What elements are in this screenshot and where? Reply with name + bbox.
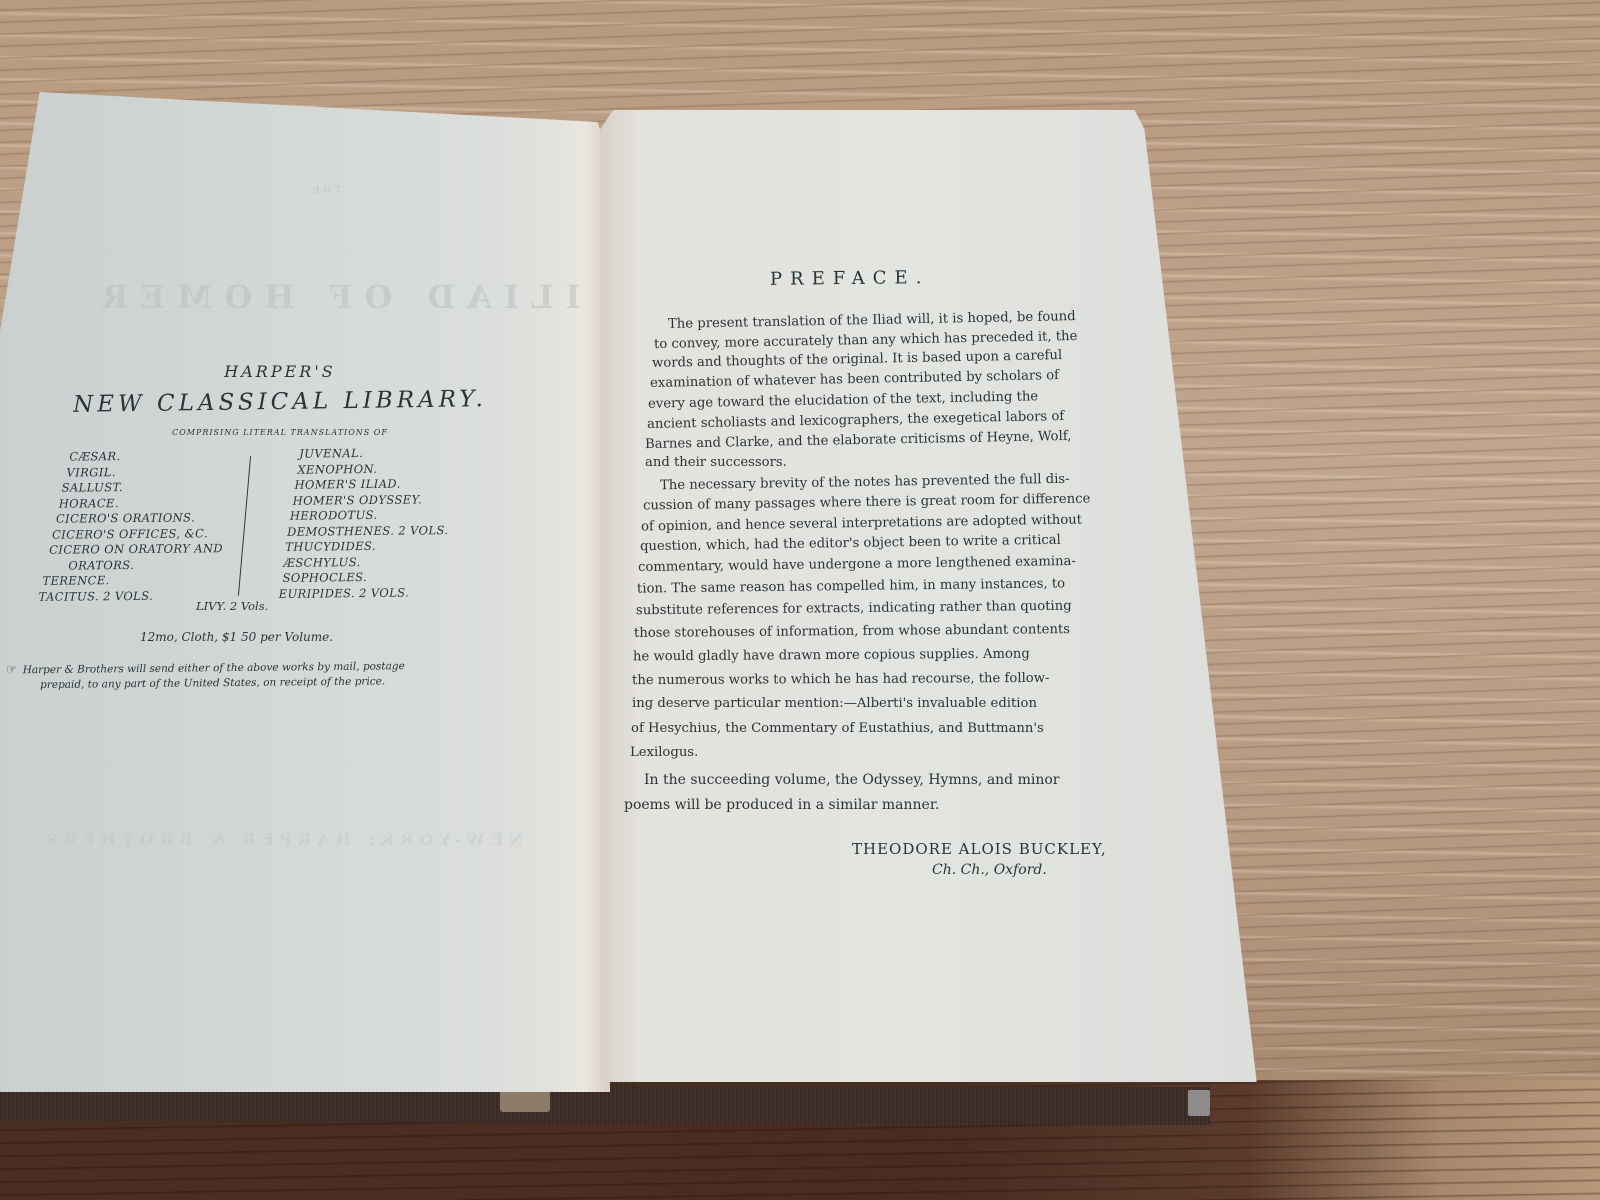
headband-left xyxy=(500,1090,550,1112)
author-entry: XENOPHON. xyxy=(281,461,447,478)
comprising-subheading: COMPRISING LITERAL TRANSLATIONS OF xyxy=(0,428,560,437)
preface-line: of Hesychius, the Commentary of Eustathi… xyxy=(631,721,1044,736)
author-entry: SALLUST. xyxy=(38,479,223,496)
author-entry: SOPHOCLES. xyxy=(282,569,448,586)
author-entry: CICERO'S ORATIONS. xyxy=(38,510,223,527)
preface-title: PREFACE. xyxy=(770,267,930,290)
author-entry: CICERO'S OFFICES, &c. xyxy=(38,526,223,543)
preface-line: the numerous works to which he has had r… xyxy=(632,671,1050,688)
author-signature: THEODORE ALOIS BUCKLEY, xyxy=(852,840,1107,858)
authors-left-column: CÆSAR. VIRGIL. SALLUST. HORACE. CICERO'S… xyxy=(37,448,223,605)
preface-line: poems will be produced in a similar mann… xyxy=(624,797,939,813)
right-page xyxy=(600,110,1260,1082)
preface-line: he would gladly have drawn more copious … xyxy=(633,647,1030,665)
author-entry: TERENCE. xyxy=(38,572,223,589)
pointing-hand-icon: ☞ xyxy=(6,662,17,676)
author-entry: ORATORS. xyxy=(38,557,223,574)
bleed-through-title: ILIAD OF HOMER xyxy=(90,278,580,316)
author-entry: CICERO ON ORATORY AND xyxy=(38,541,223,558)
harpers-heading: HARPER'S xyxy=(0,362,560,381)
author-entry: CÆSAR. xyxy=(37,448,222,465)
author-entry: HORACE. xyxy=(38,495,223,512)
authors-right-column: JUVENAL. XENOPHON. HOMER'S ILIAD. HOMER'… xyxy=(281,445,449,602)
author-affiliation: Ch. Ch., Oxford. xyxy=(932,862,1047,878)
bleed-through-the: THE xyxy=(310,186,341,196)
author-entry: DEMOSTHENES. 2 Vols. xyxy=(282,523,448,540)
author-entry: VIRGIL. xyxy=(37,464,222,481)
author-entry: HOMER'S ODYSSEY. xyxy=(282,492,448,509)
preface-line: ing deserve particular mention:—Alberti'… xyxy=(632,696,1037,711)
author-entry: ÆSCHYLUS. xyxy=(282,554,448,571)
author-entry: THUCYDIDES. xyxy=(282,538,448,555)
author-entry: HERODOTUS. xyxy=(282,507,448,524)
mail-order-note: ☞Harper & Brothers will send either of t… xyxy=(6,658,466,694)
author-entry: JUVENAL. xyxy=(281,445,447,462)
headband-right xyxy=(1188,1090,1210,1116)
livy-entry: LIVY. 2 Vols. xyxy=(196,599,268,613)
price-line: 12mo, Cloth, $1 50 per Volume. xyxy=(140,630,333,644)
author-entry: HOMER'S ILIAD. xyxy=(282,476,448,493)
preface-line: and their successors. xyxy=(645,455,787,470)
preface-line: Lexilogus. xyxy=(630,745,698,760)
bleed-through-publisher: NEW-YORK: HARPER & BROTHERS xyxy=(40,830,524,849)
author-entry: EURIPIDES. 2 Vols. xyxy=(279,585,449,602)
preface-line: In the succeeding volume, the Odyssey, H… xyxy=(644,772,1059,788)
